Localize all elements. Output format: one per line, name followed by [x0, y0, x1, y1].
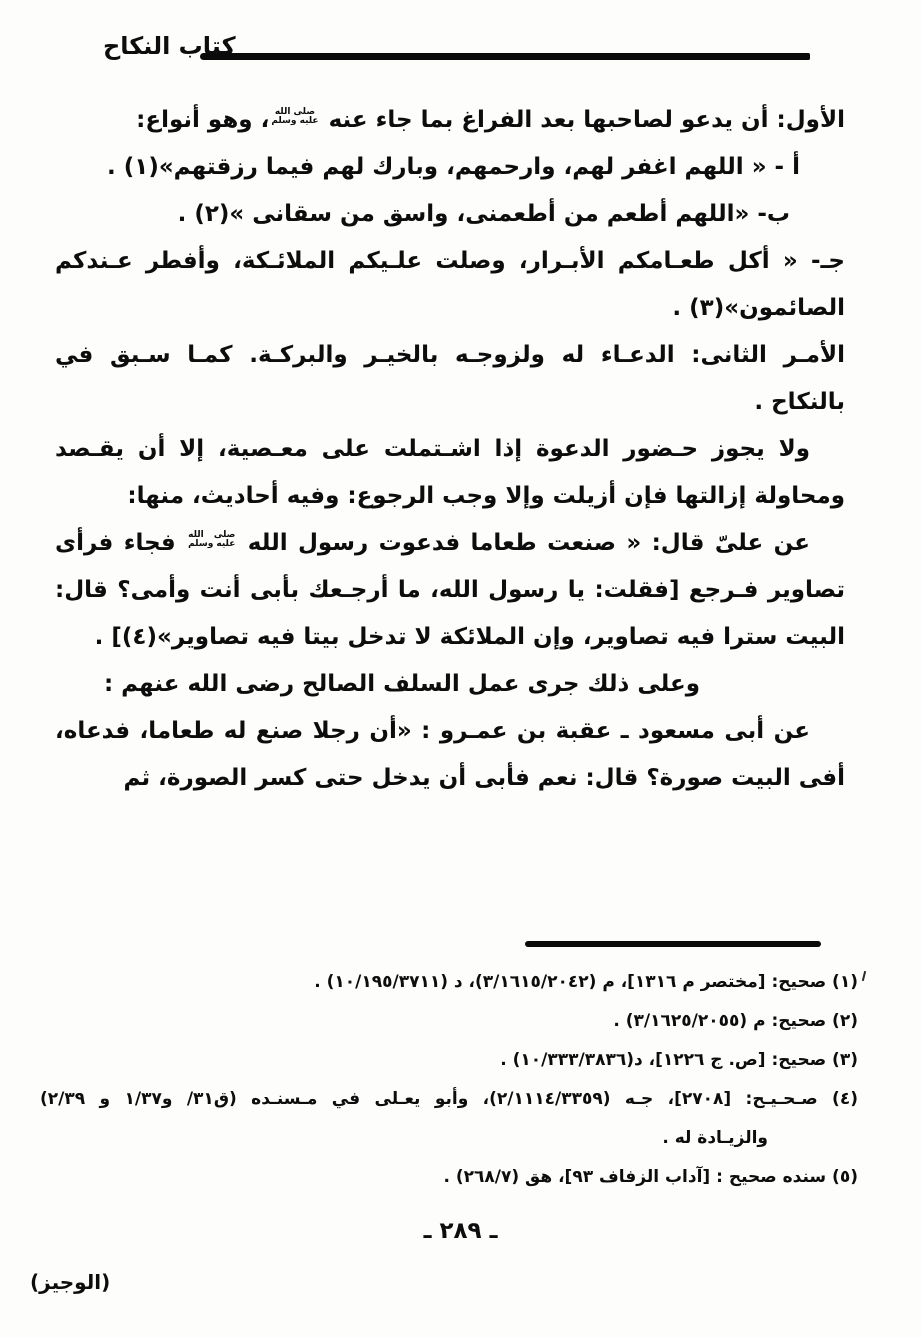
footnote-line: (٣) صحيح: [ص. ج ١٢٢٦]، د(٣٨٣٦‏/‏٣٣٣‏/‏١٠… [40, 1041, 858, 1080]
body-line: الأمـر الثانى: الدعـاء له ولزوجـه بالخيـ… [55, 332, 845, 379]
pbuh-honorific-icon: صلى اللهعليه وسلم [188, 531, 235, 550]
body-line: الأول: أن يدعو لصاحبها بعد الفراغ بما جا… [55, 97, 845, 144]
page-number: ـ ٢٨٩ ـ [0, 1218, 921, 1244]
body-line: ب- «اللهم أطعم من أطعمنى، واسق من سقانى … [55, 191, 845, 238]
body-line-text: عن علىّ قال: « صنعت طعاما فدعوت رسول الل… [237, 530, 810, 556]
body-line: عن أبى مسعود ـ عقبة بن عمـرو : «أن رجلا … [55, 708, 845, 755]
body-line: البيت سترا فيه تصاوير، وإن الملائكة لا ت… [55, 614, 845, 661]
body-line-text: ، وهو أنواع: [136, 107, 269, 133]
footnotes: (١) صحيح: [مختصر م ١٣١٦]، م (٢٠٤٢‏/‏١٦١٥… [40, 963, 858, 1197]
body-line: بالنكاح . [55, 379, 845, 426]
body-text: الأول: أن يدعو لصاحبها بعد الفراغ بما جا… [55, 97, 845, 802]
scan-stray-mark [862, 971, 866, 981]
footnote-line: (٥) سنده صحيح : [آداب الزفاف ٩٣]، هق (٧‏… [40, 1158, 858, 1197]
footnote-line: والزيـادة له . [40, 1119, 858, 1158]
body-line: ولا يجوز حـضور الدعوة إذا اشـتملت على مع… [55, 426, 845, 473]
footnote-line: (٤) صـحـيـح: [٢٧٠٨]، جـه (٣٣٥٩‏/‏١١١٤‏/‏… [40, 1080, 858, 1119]
book-catchword: (الوجيز) [30, 1270, 110, 1294]
body-line: ومحاولة إزالتها فإن أزيلت وإلا وجب الرجو… [55, 473, 845, 520]
footnote-line: (١) صحيح: [مختصر م ١٣١٦]، م (٢٠٤٢‏/‏١٦١٥… [40, 963, 858, 1002]
body-line: جـ- « أكل طعـامكم الأبـرار، وصلت علـيكم … [55, 238, 845, 285]
pbuh-honorific-icon: صلى اللهعليه وسلم [271, 108, 318, 127]
footnote-line: (٢) صحيح: م (٢٠٥٥‏/‏١٦٢٥‏/‏٣) . [40, 1002, 858, 1041]
book-page: كتاب النكاح الأول: أن يدعو لصاحبها بعد ا… [0, 0, 921, 1338]
body-line: عن علىّ قال: « صنعت طعاما فدعوت رسول الل… [55, 520, 845, 567]
footnote-separator-rule [525, 941, 821, 947]
body-line: وعلى ذلك جرى عمل السلف الصالح رضى الله ع… [55, 661, 845, 708]
body-line-text: الأول: أن يدعو لصاحبها بعد الفراغ بما جا… [321, 107, 845, 133]
header-rule-divider [200, 53, 810, 60]
body-line: أفى البيت صورة؟ قال: نعم فأبى أن يدخل حت… [55, 755, 845, 802]
page-header: كتاب النكاح [0, 30, 921, 70]
body-line: الصائمون»(٣) . [55, 285, 845, 332]
body-line: تصاوير فـرجع [فقلت: يا رسول الله، ما أرج… [55, 567, 845, 614]
body-line: أ - « اللهم اغفر لهم، وارحمهم، وبارك لهم… [55, 144, 845, 191]
